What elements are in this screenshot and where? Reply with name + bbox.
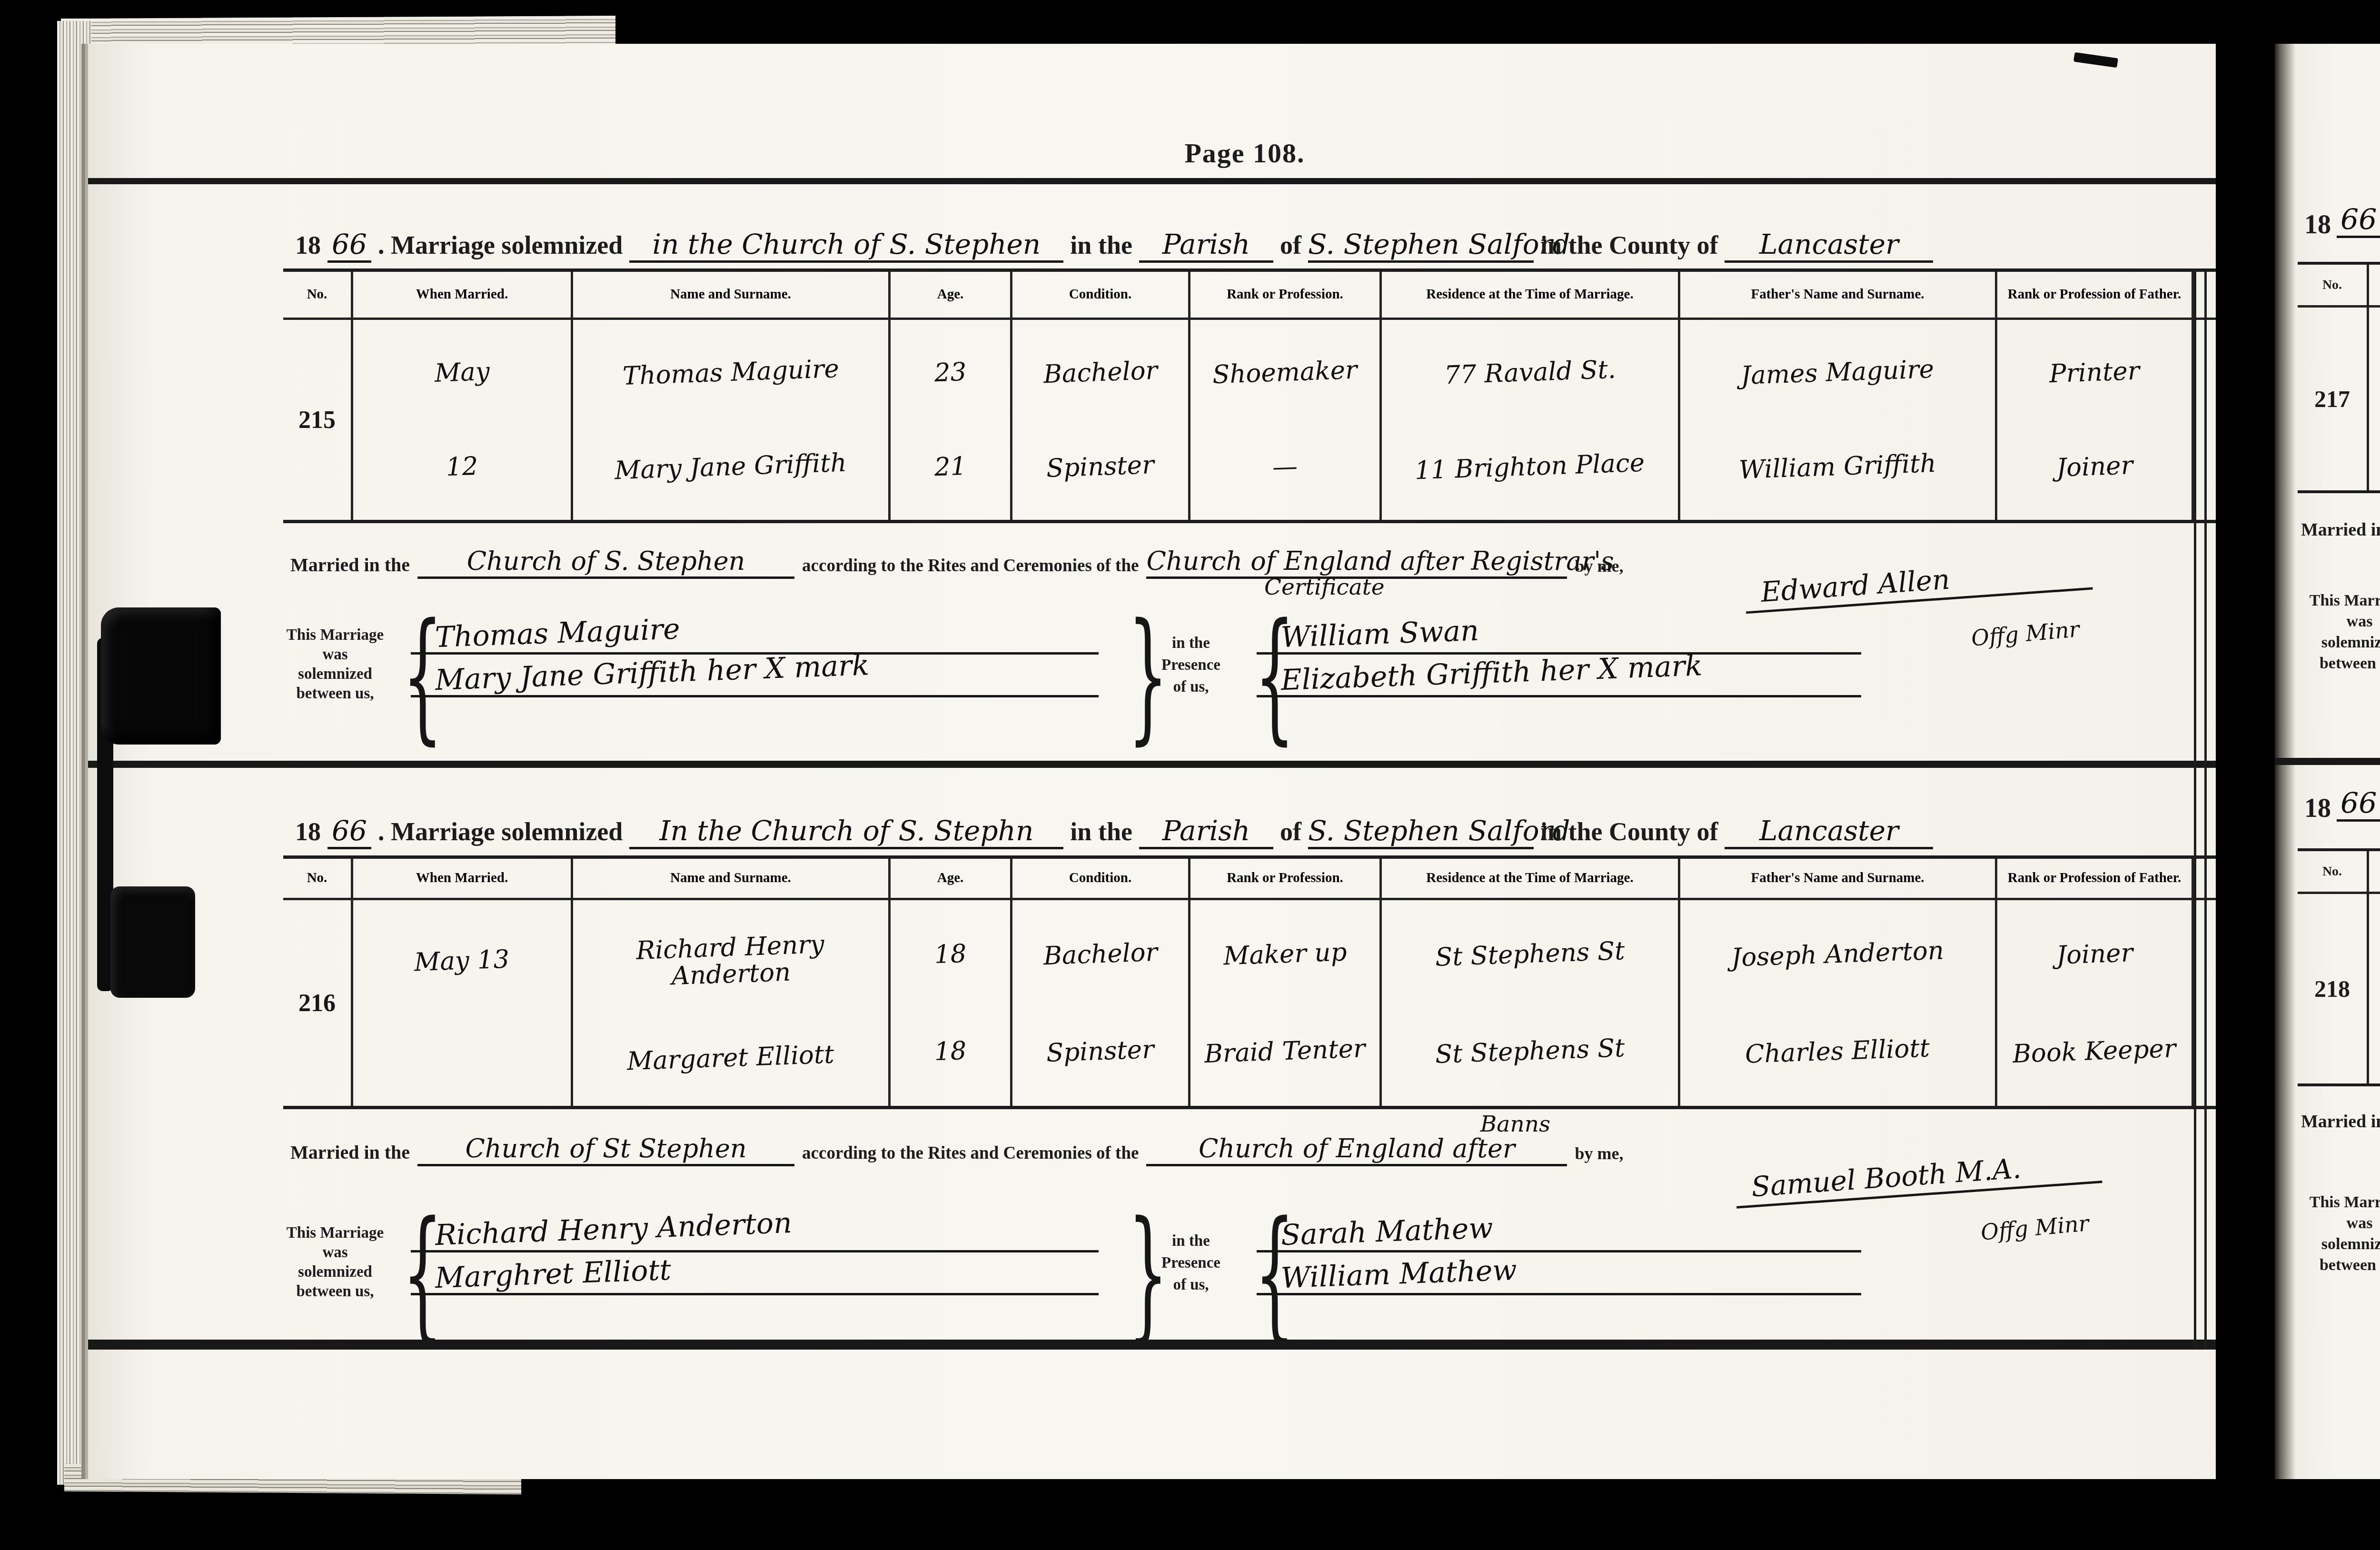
bride-signature: Mary Jane Griffith her X mark bbox=[410, 652, 870, 695]
married-in-label: Married in the bbox=[290, 1143, 410, 1166]
scanned-register-book: Page 108. 18 66 . Marriage solemnized in… bbox=[0, 0, 2380, 1550]
by-me-label: by me, bbox=[1575, 1145, 1623, 1166]
solemnized-line-2: was bbox=[283, 645, 387, 665]
entry-number: 216 bbox=[298, 989, 336, 1017]
bride-signature-line: Mary Jane Griffith her X mark bbox=[411, 655, 1099, 697]
presence-line-2: Presence bbox=[1149, 1252, 1233, 1274]
bride-name: Margaret Elliott bbox=[626, 1041, 834, 1075]
witness-2-line: Elizabeth Griffith her X mark bbox=[1257, 655, 1861, 697]
solemnized-line-4: between us, bbox=[2298, 1255, 2380, 1276]
presence-line-3: of us, bbox=[1149, 676, 1233, 698]
entry-number: 217 bbox=[2298, 308, 2369, 490]
groom-age: 23 bbox=[934, 359, 967, 387]
couple-signatures: Richard Henry Anderton Marghret Elliott bbox=[411, 1211, 1099, 1295]
cell-when: May 12 bbox=[353, 320, 573, 520]
groom-father-rank: Joiner bbox=[2056, 940, 2133, 969]
county-field: Lancaster bbox=[1725, 817, 1933, 849]
in-the-label: in the bbox=[1070, 819, 1132, 849]
year-handwritten: 66 bbox=[2337, 789, 2380, 822]
col-no-label: No. bbox=[307, 287, 327, 302]
year-prefix: 18 bbox=[2304, 211, 2331, 238]
side-section-divider bbox=[2275, 758, 2380, 765]
cell-ranks: Shoemaker — bbox=[1190, 320, 1382, 520]
bride-age: 21 bbox=[934, 453, 967, 481]
margin-rule-inner bbox=[2194, 268, 2196, 1349]
solemnized-line-4: between us, bbox=[2298, 653, 2380, 674]
county-of-label: in the County of bbox=[1540, 232, 1718, 263]
solemnized-line-2: was bbox=[2298, 611, 2380, 632]
year-handwritten: 66 bbox=[327, 817, 371, 849]
solemnized-line-3: solemnized bbox=[283, 665, 387, 684]
col-father: Father's Name and Surname. bbox=[1680, 859, 1997, 898]
bride-name: Mary Jane Griffith bbox=[614, 449, 847, 484]
of-label: of bbox=[1280, 232, 1301, 263]
page-stack-top-edge bbox=[61, 16, 615, 48]
solemnized-line-3: solemnized bbox=[2298, 1234, 2380, 1255]
col-condition: Condition. bbox=[1012, 859, 1190, 898]
when-married-month: May 13 bbox=[414, 946, 510, 976]
year-prefix: 18 bbox=[295, 232, 321, 263]
witness-2-signature: William Mathew bbox=[1256, 1257, 1517, 1293]
according-label: according to the Rites and Ceremonies of… bbox=[802, 557, 1139, 579]
cell-when: July 2d bbox=[2369, 894, 2380, 1083]
binder-clip-bottom bbox=[110, 886, 195, 998]
solemnized-line-1: This Marriage bbox=[283, 626, 387, 645]
year-handwritten: 66 bbox=[327, 230, 371, 263]
rites-field: Church of England after Registrar's Cert… bbox=[1146, 548, 1567, 579]
col-name-surname: Name and Surname. bbox=[573, 272, 891, 318]
cell-no: 216 bbox=[283, 900, 353, 1106]
bride-rank: Braid Tenter bbox=[1204, 1035, 1366, 1068]
groom-condition: Bachelor bbox=[1043, 358, 1158, 388]
solemnized-line-1: This Marriage bbox=[2298, 590, 2380, 611]
register-right-page: 18 66 . Marriage No. When Married. 217 J… bbox=[2275, 44, 2380, 1479]
record-215-minister: Edward Allen Offg Minr bbox=[1745, 567, 2092, 602]
side-table-header: No. When Married. bbox=[2298, 848, 2380, 894]
solemnized-label: This Marriage was solemnized between us, bbox=[2298, 1192, 2380, 1276]
cell-father-ranks: Joiner Book Keeper bbox=[1997, 900, 2194, 1106]
church-field: In the Church of S. Stephn bbox=[629, 817, 1063, 849]
married-in-label: Married in the bbox=[2301, 521, 2380, 542]
parish-name-field: S. Stephen Salford bbox=[1308, 817, 1534, 849]
col-rank: Rank or Profession. bbox=[1190, 859, 1382, 898]
ink-mark bbox=[2073, 52, 2118, 68]
record-215-rites-line: Married in the Church of S. Stephen acco… bbox=[290, 533, 1623, 579]
solemnized-line-1: This Marriage bbox=[2298, 1192, 2380, 1213]
bride-father-rank: Joiner bbox=[2056, 452, 2133, 482]
col-father-rank: Rank or Profession of Father. bbox=[1997, 859, 2194, 898]
rites-line-2: Banns bbox=[1480, 1113, 1550, 1135]
bride-father: William Griffith bbox=[1738, 450, 1936, 484]
groom-rank: Maker up bbox=[1223, 939, 1347, 970]
col-when-label: When Married. bbox=[416, 287, 508, 302]
groom-signature-line: Richard Henry Anderton bbox=[411, 1211, 1099, 1252]
cell-when: May 13 bbox=[353, 900, 573, 1106]
col-father-rank-label: Rank or Profession of Father. bbox=[2008, 287, 2181, 302]
witness-signatures: William Swan Elizabeth Griffith her X ma… bbox=[1257, 613, 1861, 697]
bride-condition: Spinster bbox=[1046, 1036, 1154, 1067]
col-name-surname: Name and Surname. bbox=[573, 859, 891, 898]
side-record-218-header: 18 66 . Marriage bbox=[2304, 789, 2380, 822]
witness-1-line: William Swan bbox=[1257, 613, 1861, 655]
married-in-church-field: Church of S. Stephen bbox=[417, 548, 794, 579]
groom-father: Joseph Anderton bbox=[1731, 937, 1944, 972]
solemnized-line-1: This Marriage bbox=[283, 1223, 387, 1243]
county-field: Lancaster bbox=[1725, 230, 1933, 263]
groom-signature: Thomas Maguire bbox=[410, 616, 681, 652]
top-rule bbox=[88, 178, 2216, 184]
groom-condition: Bachelor bbox=[1043, 939, 1158, 970]
col-age-label: Age. bbox=[937, 870, 964, 886]
bride-residence: 11 Brighton Place bbox=[1415, 449, 1646, 484]
col-rank-label: Rank or Profession. bbox=[1227, 870, 1343, 886]
groom-residence: 77 Ravald St. bbox=[1444, 357, 1616, 389]
parish-field: Parish bbox=[1139, 230, 1273, 263]
col-age: Age. bbox=[891, 272, 1012, 318]
col-age: Age. bbox=[891, 859, 1012, 898]
col-condition-label: Condition. bbox=[1069, 287, 1131, 302]
cell-conditions: Bachelor Spinster bbox=[1012, 320, 1190, 520]
married-in-label: Married in the bbox=[2301, 1113, 2380, 1133]
groom-father: James Maguire bbox=[1741, 356, 1935, 389]
col-condition: Condition. bbox=[1012, 272, 1190, 318]
bride-residence: St Stephens St bbox=[1435, 1035, 1625, 1068]
cell-ranks: Maker up Braid Tenter bbox=[1190, 900, 1382, 1106]
cell-ages: 23 21 bbox=[891, 320, 1012, 520]
cell-names: Thomas Maguire Mary Jane Griffith bbox=[573, 320, 891, 520]
binder-clip-top bbox=[101, 607, 221, 745]
bride-rank: — bbox=[1272, 453, 1298, 481]
marriage-solemnized-label: . Marriage solemnized bbox=[378, 819, 623, 849]
record-216-minister: Samuel Booth M.A. Offg Minr bbox=[1735, 1162, 2102, 1196]
bride-father: Charles Elliott bbox=[1745, 1035, 1931, 1068]
col-condition-label: Condition. bbox=[1069, 870, 1131, 886]
col-no: No. bbox=[2298, 265, 2369, 305]
side-218-married-line: Married in the Church bbox=[2301, 1104, 2380, 1133]
presence-line-3: of us, bbox=[1149, 1274, 1233, 1296]
side-row-218: 218 July 2d bbox=[2298, 894, 2380, 1086]
record-216-rites-line: Married in the Church of St Stephen acco… bbox=[290, 1121, 1623, 1166]
side-218-signatures: This Marriage was solemnized between us,… bbox=[2298, 1182, 2380, 1321]
side-record-217-header: 18 66 . Marriage bbox=[2304, 206, 2380, 238]
record-216-signatures: This Marriage was solemnized between us,… bbox=[283, 1211, 2216, 1350]
witness-2-line: William Mathew bbox=[1257, 1252, 1861, 1295]
cell-residences: St Stephens St St Stephens St bbox=[1382, 900, 1680, 1106]
col-no-label: No. bbox=[307, 870, 327, 886]
col-when-label: When Married. bbox=[416, 870, 508, 886]
bride-age: 18 bbox=[934, 1038, 967, 1065]
marriage-solemnized-label: . Marriage solemnized bbox=[378, 232, 623, 263]
solemnized-line-2: was bbox=[283, 1243, 387, 1262]
cell-conditions: Bachelor Spinster bbox=[1012, 900, 1190, 1106]
col-when-married: When Married. bbox=[2369, 851, 2380, 892]
according-label: according to the Rites and Ceremonies of… bbox=[802, 1144, 1139, 1166]
when-married-month: May bbox=[434, 358, 490, 387]
side-217-signatures: This Marriage was solemnized between us,… bbox=[2298, 581, 2380, 720]
record-215-signatures: This Marriage was solemnized between us,… bbox=[283, 613, 2216, 752]
cell-names: Richard Henry Anderton Margaret Elliott bbox=[573, 900, 891, 1106]
witness-signatures: Sarah Mathew William Mathew bbox=[1257, 1211, 1861, 1295]
col-when-married: When Married. bbox=[353, 859, 573, 898]
record-216-table: No. When Married. Name and Surname. Age.… bbox=[283, 855, 2216, 1109]
witness-1-line: Sarah Mathew bbox=[1257, 1211, 1861, 1252]
col-age-label: Age. bbox=[937, 287, 964, 302]
married-in-church-field: Church of St Stephen bbox=[417, 1136, 794, 1166]
table-header-row: No. When Married. Name and Surname. Age.… bbox=[283, 272, 2216, 320]
rites-line-1: Church of England after bbox=[1199, 1133, 1515, 1163]
table-data-row: 215 May 12 Thomas Maguire Mary Jane Grif… bbox=[283, 320, 2216, 523]
cell-father-ranks: Printer Joiner bbox=[1997, 320, 2194, 520]
church-field: in the Church of S. Stephen bbox=[629, 230, 1063, 263]
solemnized-line-4: between us, bbox=[283, 684, 387, 704]
county-of-label: in the County of bbox=[1540, 819, 1718, 849]
solemnized-line-4: between us, bbox=[283, 1282, 387, 1302]
record-215-table: No. When Married. Name and Surname. Age.… bbox=[283, 268, 2216, 523]
col-no: No. bbox=[283, 859, 353, 898]
cell-residences: 77 Ravald St. 11 Brighton Place bbox=[1382, 320, 1680, 520]
groom-signature: Richard Henry Anderton bbox=[410, 1210, 793, 1250]
col-no: No. bbox=[283, 272, 353, 318]
record-215-header: 18 66 . Marriage solemnized in the Churc… bbox=[295, 211, 2190, 263]
entry-number: 215 bbox=[298, 406, 336, 434]
parish-name-field: S. Stephen Salford bbox=[1308, 230, 1534, 263]
of-label: of bbox=[1280, 819, 1301, 849]
presence-label: in the Presence of us, bbox=[1149, 632, 1233, 698]
col-rank-label: Rank or Profession. bbox=[1227, 287, 1343, 302]
col-residence-label: Residence at the Time of Marriage. bbox=[1426, 287, 1633, 302]
cell-fathers: Joseph Anderton Charles Elliott bbox=[1680, 900, 1997, 1106]
side-217-married-line: Married in the Church bbox=[2301, 513, 2380, 542]
table-header-row: No. When Married. Name and Surname. Age.… bbox=[283, 859, 2216, 900]
solemnized-line-3: solemnized bbox=[283, 1262, 387, 1282]
entry-number: 218 bbox=[2298, 894, 2369, 1083]
parish-field: Parish bbox=[1139, 817, 1273, 849]
col-when-married: When Married. bbox=[353, 272, 573, 318]
solemnized-label: This Marriage was solemnized between us, bbox=[283, 626, 387, 704]
register-left-page: Page 108. 18 66 . Marriage solemnized in… bbox=[88, 44, 2216, 1479]
bride-condition: Spinster bbox=[1046, 452, 1154, 482]
rites-line-1: Church of England after Registrar's bbox=[1146, 546, 1614, 576]
groom-signature-line: Thomas Maguire bbox=[411, 613, 1099, 655]
col-name-label: Name and Surname. bbox=[670, 287, 791, 302]
cell-ages: 18 18 bbox=[891, 900, 1012, 1106]
page-stack-left-edge bbox=[57, 21, 91, 1485]
presence-line-1: in the bbox=[1149, 632, 1233, 654]
cell-fathers: James Maguire William Griffith bbox=[1680, 320, 1997, 520]
bride-father-rank: Book Keeper bbox=[2012, 1035, 2176, 1068]
col-father-label: Father's Name and Surname. bbox=[1751, 870, 1924, 886]
married-in-label: Married in the bbox=[290, 556, 410, 579]
in-the-label: in the bbox=[1070, 232, 1132, 263]
year-prefix: 18 bbox=[2304, 795, 2331, 822]
section-divider bbox=[88, 761, 2216, 768]
year-prefix: 18 bbox=[295, 819, 321, 849]
bride-signature-line: Marghret Elliott bbox=[411, 1252, 1099, 1295]
col-father-rank: Rank or Profession of Father. bbox=[1997, 272, 2194, 318]
when-married-day: 12 bbox=[446, 453, 478, 481]
margin-rule-outer bbox=[2204, 268, 2207, 1349]
solemnized-label: This Marriage was solemnized between us, bbox=[283, 1223, 387, 1302]
table-data-row: 216 May 13 Richard Henry Anderton Margar… bbox=[283, 900, 2216, 1109]
col-residence: Residence at the Time of Marriage. bbox=[1382, 272, 1680, 318]
col-father: Father's Name and Surname. bbox=[1680, 272, 1997, 318]
bottom-rule bbox=[88, 1340, 2216, 1350]
col-father-label: Father's Name and Surname. bbox=[1751, 287, 1924, 302]
witness-2-signature: Elizabeth Griffith her X mark bbox=[1256, 652, 1703, 695]
groom-age: 18 bbox=[934, 941, 967, 968]
groom-name: Thomas Maguire bbox=[622, 356, 840, 390]
col-when-married: When Married. bbox=[2369, 265, 2380, 305]
groom-rank: Shoemaker bbox=[1212, 357, 1358, 389]
bride-signature: Marghret Elliott bbox=[410, 1257, 672, 1293]
col-rank: Rank or Profession. bbox=[1190, 272, 1382, 318]
groom-father-rank: Printer bbox=[2049, 358, 2140, 388]
side-table-header: No. When Married. bbox=[2298, 262, 2380, 308]
groom-name: Richard Henry Anderton bbox=[575, 929, 886, 994]
groom-residence: St Stephens St bbox=[1435, 938, 1625, 971]
presence-line-1: in the bbox=[1149, 1230, 1233, 1252]
couple-signatures: Thomas Maguire Mary Jane Griffith her X … bbox=[411, 613, 1099, 697]
col-no: No. bbox=[2298, 851, 2369, 892]
page-number: Page 108. bbox=[1078, 137, 1411, 169]
presence-line-2: Presence bbox=[1149, 654, 1233, 676]
solemnized-line-2: was bbox=[2298, 1213, 2380, 1234]
side-row-217: 217 June 18 bbox=[2298, 308, 2380, 493]
record-216-header: 18 66 . Marriage solemnized In the Churc… bbox=[295, 798, 2190, 849]
presence-label: in the Presence of us, bbox=[1149, 1230, 1233, 1296]
rites-field: Church of England after Banns bbox=[1146, 1136, 1567, 1166]
col-residence: Residence at the Time of Marriage. bbox=[1382, 859, 1680, 898]
minister-signature: Samuel Booth M.A. bbox=[1734, 1149, 2102, 1209]
witness-1-signature: William Swan bbox=[1256, 617, 1479, 652]
cell-no: 215 bbox=[283, 320, 353, 520]
witness-1-signature: Sarah Mathew bbox=[1256, 1215, 1494, 1250]
col-name-label: Name and Surname. bbox=[670, 870, 791, 886]
solemnized-line-3: solemnized bbox=[2298, 632, 2380, 653]
minister-signature: Edward Allen bbox=[1744, 556, 2092, 614]
year-handwritten: 66 bbox=[2337, 206, 2380, 238]
col-father-rank-label: Rank or Profession of Father. bbox=[2008, 870, 2181, 886]
solemnized-label: This Marriage was solemnized between us, bbox=[2298, 590, 2380, 674]
cell-when: June 18 bbox=[2369, 308, 2380, 490]
col-residence-label: Residence at the Time of Marriage. bbox=[1426, 870, 1633, 886]
